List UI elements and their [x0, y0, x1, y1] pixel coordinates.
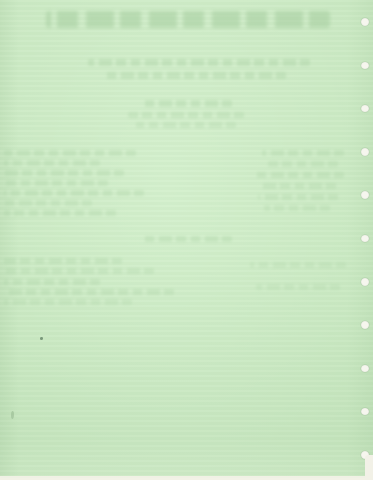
punch-hole: [361, 148, 369, 156]
ghost-right-column-line: [256, 172, 344, 178]
ghost-right-column-line: [262, 150, 344, 156]
ghost-body-line: [4, 258, 122, 264]
ghost-left-column-line: [4, 180, 108, 186]
ghost-right-body-line: [250, 262, 346, 268]
ghost-right-column-line: [262, 183, 336, 189]
ghost-left-column-line: [4, 210, 116, 216]
ghost-centered-line: [142, 236, 232, 242]
chipped-corner: [365, 455, 373, 480]
ghost-title-line: [46, 11, 330, 28]
ghost-right-column-line: [258, 194, 338, 200]
ghost-right-body-line: [256, 284, 340, 290]
ghost-body-line: [4, 279, 100, 285]
punch-hole: [361, 278, 369, 286]
scanned-document: [0, 0, 373, 480]
punch-hole: [361, 321, 369, 329]
punch-hole: [361, 235, 369, 243]
ghost-body-line: [4, 299, 132, 305]
ghost-left-column-line: [4, 200, 92, 206]
punch-hole: [361, 18, 369, 26]
ghost-right-column-line: [264, 205, 330, 211]
punch-hole: [361, 191, 369, 199]
ghost-subtitle-line: [88, 59, 310, 66]
ghost-right-column-line: [268, 161, 338, 167]
punch-hole: [361, 62, 369, 70]
scanner-bed-bottom-edge: [0, 476, 373, 480]
punch-hole: [361, 365, 369, 373]
punch-hole: [361, 105, 369, 113]
ghost-body-line: [4, 268, 154, 274]
ghost-subtitle-line: [106, 72, 286, 79]
ghost-body-line: [4, 289, 174, 295]
ghost-left-column-line: [4, 190, 144, 196]
ghost-left-column-line: [4, 170, 124, 176]
ghost-section-heading: [140, 100, 232, 107]
ghost-centered-line: [136, 122, 236, 128]
ghost-centered-line: [128, 112, 244, 118]
ghost-left-column-line: [4, 160, 100, 166]
ghost-left-column-line: [4, 150, 136, 156]
